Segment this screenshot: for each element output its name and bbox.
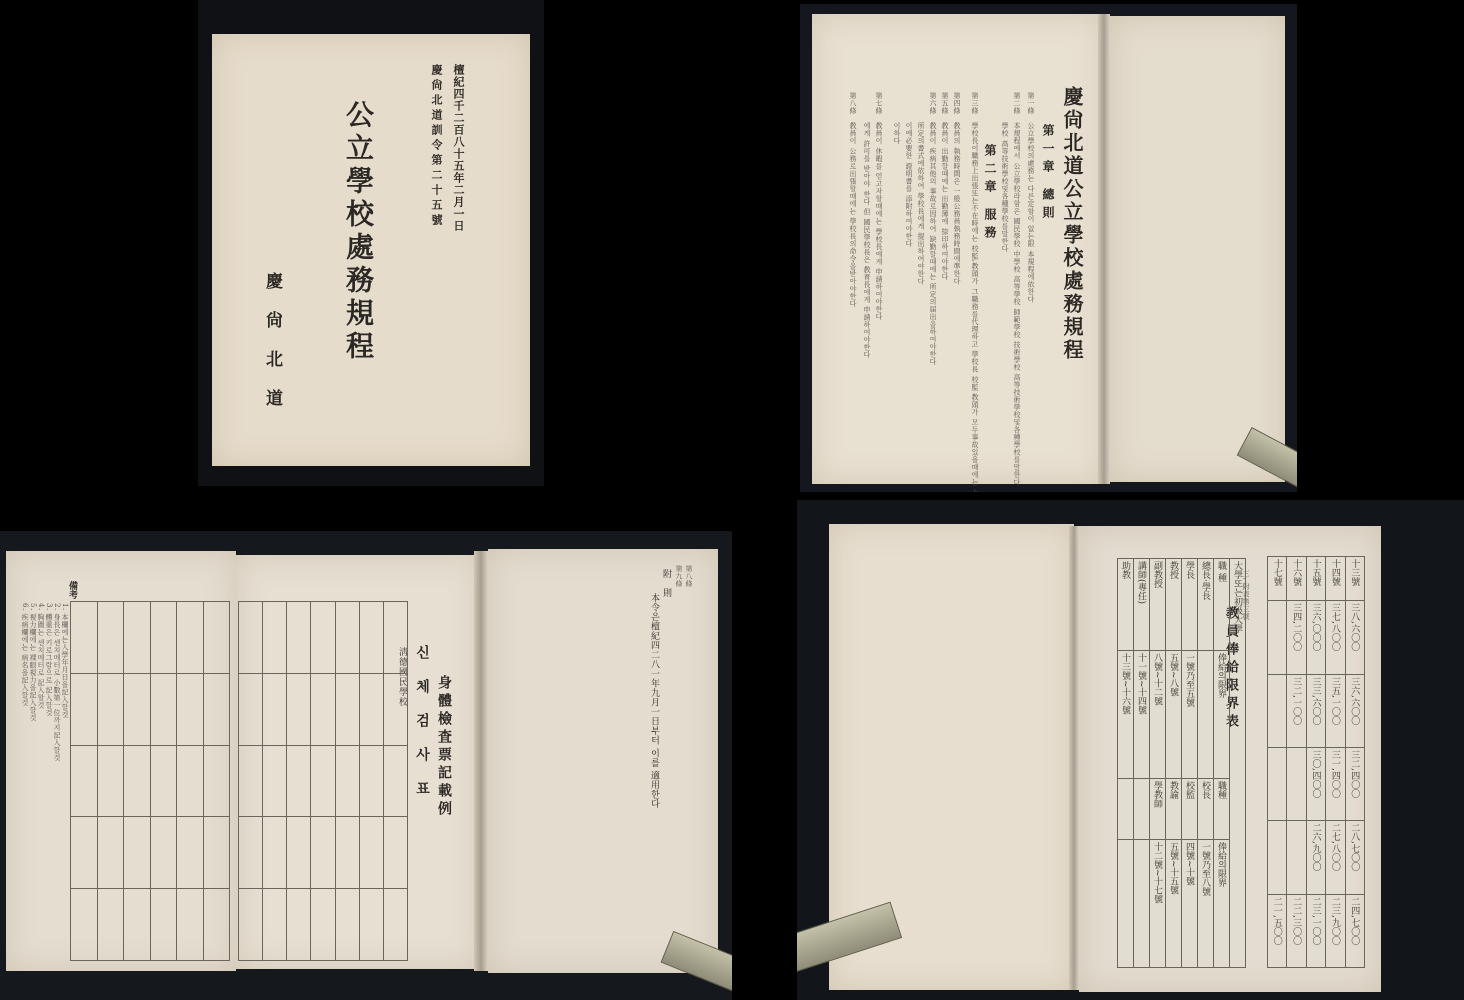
grade-label: 十七號 [1268, 557, 1287, 601]
article-8-text: 教員이 公務로出張할때에는 學校長의命令을받아야한다 [848, 122, 858, 307]
salary-table-photo-panel: 三, 附表第三號 教員俸給限界表 助教 講師(專任) 副教授 教授 學長 總長·… [797, 500, 1464, 1000]
health-form-photo-panel: 備考 1. 本欄에는入學年月日을記入할것 2. 身長은 센치메터로 小數第一位까… [0, 531, 732, 1000]
article-2-text: 本規程에서 公立學校라함은 國民學校 中學校 高等學校 師範學校 技術學校 高等… [1012, 122, 1022, 486]
salary-value: 二三,九〇〇 [1326, 894, 1345, 967]
salary-value: 三一,四〇〇 [1326, 748, 1345, 821]
salary-value: 三五,一〇〇 [1326, 674, 1345, 747]
salary-grade-table: 十七號 十六號 十五號 十四號 十三號 三四,二〇〇 三六,〇〇〇 三七,八〇〇… [1267, 556, 1365, 968]
supplement-label: 附則 [660, 569, 673, 607]
range-cell: 十三號~十六號 [1118, 651, 1134, 779]
article-7-label: 第七條 [874, 92, 884, 115]
chapter-2-heading: 第二章 服務 [982, 144, 999, 244]
range-cell: 五號~八號 [1166, 651, 1182, 779]
salary-value: 三三,六〇〇 [1306, 674, 1325, 747]
range-cell: 一號乃至五號 [1182, 651, 1198, 779]
chapter-1-heading: 第一章 總則 [1040, 124, 1057, 224]
first-page-photo-panel: 慶尙北道公立學校處務規程 第一章 總則 第一條 公立學校의處務는 다른定함이 없… [800, 4, 1297, 492]
article-4-label: 第四條 [952, 92, 962, 115]
article-8-label: 第八條 [848, 92, 858, 115]
article-3-label: 第三條 [970, 92, 980, 115]
article-4-text: 教員의 執務時間은 一般公務員執務時間에準한다 [952, 122, 962, 285]
form-heading: 身體檢査票記載例 [434, 675, 454, 819]
range-cell: 八號~十二號 [1150, 651, 1166, 779]
salary-value [1268, 748, 1287, 821]
cover-issuer: 慶尙北道 [260, 272, 285, 428]
salary-value: 三〇,四〇〇 [1306, 748, 1325, 821]
salary-value: 三六,〇〇〇 [1306, 601, 1325, 674]
cover-date-line: 檀紀四千二百八十五年二月一日 [450, 64, 466, 232]
salary-value: 三六,六〇〇 [1345, 674, 1364, 747]
grade-label: 十四號 [1326, 557, 1345, 601]
cover-title: 公立學校處務規程 [338, 100, 378, 364]
es-range: 十二號~十七號 [1150, 840, 1166, 968]
salary-value: 三四,二〇〇 [1287, 601, 1306, 674]
article-7-text-cont: 에게 許可를 받아야 한다 但 國民學校長은 教育長에게 申請하여야한다 [862, 122, 872, 359]
role-cell: 學長 [1182, 559, 1198, 651]
article-5-text: 教員이 出勤할때에는 出勤簿에 捺印하여야한다 [940, 122, 950, 280]
hs-role: 學教師 [1150, 778, 1166, 839]
note-line: 6. 疾病欄에는 病名을記入할것 [20, 603, 30, 706]
salary-value [1287, 821, 1306, 894]
salary-value: 三二,四〇〇 [1345, 748, 1364, 821]
salary-value: 二三,一〇〇 [1306, 894, 1325, 967]
salary-value [1268, 601, 1287, 674]
role-cell: 副教授 [1150, 559, 1166, 651]
range-cell: 俸給의限界 [1214, 651, 1230, 779]
article-3-text: 學校長이職務上出張또는不在時에는 校監,教頭가 그職務를代理하고 學校長 校監 … [970, 122, 980, 492]
article-8-label: 第八條 [684, 565, 694, 588]
salary-value: 二六,九〇〇 [1306, 821, 1325, 894]
article-1-text: 公立學校의處務는 다른定함이 없는限 本規程에依한다 [1026, 122, 1036, 303]
grade-label: 十五號 [1306, 557, 1325, 601]
article-6-text: 教員이 疾病其他의 事故로因하여 缺勤할때에는 所定의届出을하여야한다 [928, 122, 938, 365]
cover-decree-line: 慶尙北道訓令第二十五號 [428, 64, 444, 229]
form-subheading: 신체검사표 [412, 645, 432, 815]
salary-value: 三七,八〇〇 [1326, 601, 1345, 674]
article-2-label: 第二條 [1012, 92, 1022, 115]
health-record-table-left [70, 601, 230, 961]
left-page: 慶尙北道公立學校處務規程 第一章 總則 第一條 公立學校의處務는 다른定함이 없… [812, 14, 1104, 484]
article-6-text-cont3: 이하다 [892, 122, 902, 145]
article-5-label: 第五條 [940, 92, 950, 115]
role-cell: 講師(專任) [1134, 559, 1150, 651]
cover-photo-panel: 檀紀四千二百八十五年二月一日 慶尙北道訓令第二十五號 公立學校處務規程 慶尙北道 [198, 0, 544, 486]
article-9-label: 第九條 [674, 565, 684, 588]
role-cell: 助教 [1118, 559, 1134, 651]
salary-role-table: 助教 講師(專任) 副教授 教授 學長 總長·學長 職 種 大學또는初級大學 十… [1117, 558, 1246, 968]
salary-value: 二一,五〇〇 [1268, 894, 1287, 967]
salary-value: 二二,三〇〇 [1287, 894, 1306, 967]
salary-value: 三二,一〇〇 [1287, 674, 1306, 747]
section-cell: 大學또는初級大學 [1230, 559, 1246, 968]
salary-value: 二八,七〇〇 [1345, 821, 1364, 894]
health-record-table-right [238, 601, 408, 961]
es-range: 俸給의限界 [1214, 840, 1230, 968]
hs-role: 校監 [1182, 778, 1198, 839]
salary-value: 三八,六〇〇 [1345, 601, 1364, 674]
cover-page: 檀紀四千二百八十五年二月一日 慶尙北道訓令第二十五號 公立學校處務規程 慶尙北道 [212, 34, 530, 466]
grade-label: 十六號 [1287, 557, 1306, 601]
book-gutter [1069, 526, 1079, 990]
role-cell: 教授 [1166, 559, 1182, 651]
article-1-label: 第一條 [1026, 92, 1036, 115]
article-6-text-cont: 所定의書式에依하여 學校長에게 提出하여야한다 [916, 122, 926, 285]
es-range: 四號~十號 [1182, 840, 1198, 968]
salary-value [1287, 748, 1306, 821]
grade-label: 十三號 [1345, 557, 1364, 601]
es-range: 一號乃至八號 [1198, 840, 1214, 968]
hs-role: 教諭 [1166, 778, 1182, 839]
salary-value [1268, 821, 1287, 894]
article-2-text-cont: 學校 高等技術學校및各種學校를말한다 [1000, 122, 1010, 252]
role-cell: 職 種 [1214, 559, 1230, 651]
salary-value [1268, 674, 1287, 747]
book-gutter [1098, 14, 1110, 484]
es-range: 五號~十五號 [1166, 840, 1182, 968]
brass-page-weight [661, 931, 732, 993]
salary-value: 二四,七〇〇 [1345, 894, 1364, 967]
article-7-text: 教員이 休暇를 얻고자할때에는 學校長에게 申請하여야한다 [874, 122, 884, 320]
effective-date-text: 本令은檀紀四二八一年九月一日부터 이를 適用한다 [648, 593, 661, 809]
role-cell: 總長·學長 [1198, 559, 1214, 651]
supplement-page: 第八條 第九條 附則 本令은檀紀四二八一年九月一日부터 이를 適用한다 [488, 549, 718, 973]
notes-title: 備考 [66, 581, 79, 599]
article-6-text-cont2: 이에必要한 證明書를 添附하여야한다 [904, 122, 914, 247]
range-cell: 十一號~十四號 [1134, 651, 1150, 779]
book-gutter [474, 551, 488, 971]
salary-value: 二七,八〇〇 [1326, 821, 1345, 894]
hs-role: 職種 [1214, 778, 1230, 839]
regulation-title: 慶尙北道公立學校處務規程 [1058, 86, 1087, 362]
article-6-label: 第六條 [928, 92, 938, 115]
hs-role: 校長 [1198, 778, 1214, 839]
right-page-blank [1110, 16, 1285, 482]
